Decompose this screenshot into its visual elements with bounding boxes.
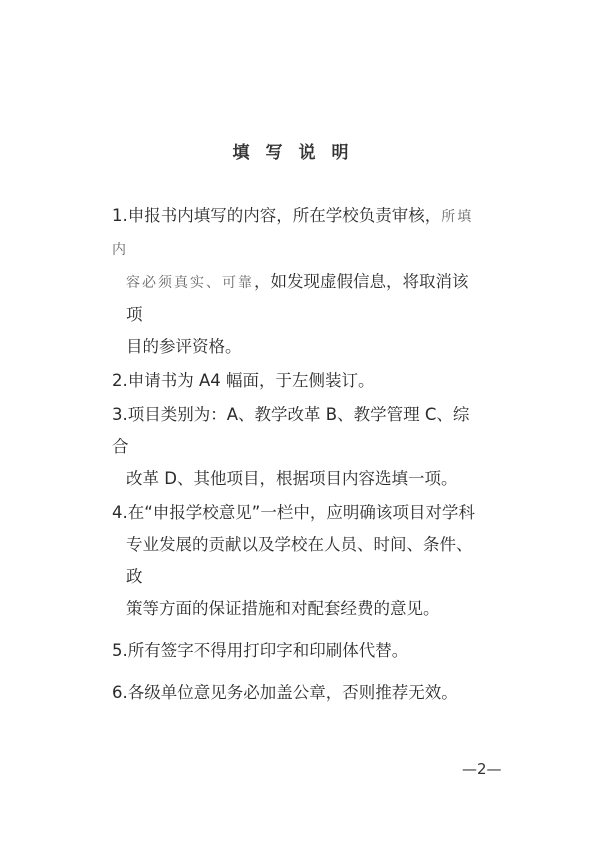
item-text: 申请书为 A4 幅面，于左侧装订。 xyxy=(128,371,375,390)
item-text-continuation: 改革 D、其他项目，根据项目内容选填一项。 xyxy=(112,463,484,495)
item-text: 所有签字不得用打印字和印刷体代替。 xyxy=(128,641,409,660)
instruction-item-2: 2.申请书为 A4 幅面，于左侧装订。 xyxy=(112,365,484,397)
item-text-continuation: 专业发展的贡献以及学校在人员、时间、条件、政 xyxy=(112,529,484,593)
item-text: 各级单位意见务必加盖公章，否则推荐无效。 xyxy=(128,683,458,702)
instruction-item-6: 6.各级单位意见务必加盖公章，否则推荐无效。 xyxy=(112,677,484,709)
item-text-serif: 容必须真实、可靠 xyxy=(126,275,254,291)
instruction-item-5: 5.所有签字不得用打印字和印刷体代替。 xyxy=(112,635,484,667)
item-number: 5. xyxy=(112,641,128,660)
document-title: 填写说明 xyxy=(0,138,589,163)
item-text: 申报书内填写的内容，所在学校负责审核， xyxy=(128,206,442,225)
instructions-list: 1.申报书内填写的内容，所在学校负责审核，所填内 容必须真实、可靠，如发现虚假信… xyxy=(112,200,484,709)
item-text: 在“申报学校意见”一栏中，应明确该项目对学科 xyxy=(128,503,475,522)
instruction-item-4: 4.在“申报学校意见”一栏中，应明确该项目对学科 专业发展的贡献以及学校在人员、… xyxy=(112,497,484,625)
item-text-continuation: 策等方面的保证措施和对配套经费的意见。 xyxy=(112,593,484,625)
page-number: —2— xyxy=(462,760,502,778)
item-number: 2. xyxy=(112,371,128,390)
item-text-continuation: 目的参评资格。 xyxy=(112,331,484,363)
item-number: 4. xyxy=(112,503,128,522)
item-text-continuation: 容必须真实、可靠，如发现虚假信息，将取消该项 xyxy=(112,266,484,331)
instruction-item-3: 3.项目类别为：A、教学改革 B、教学管理 C、综合 改革 D、其他项目，根据项… xyxy=(112,399,484,495)
item-number: 1. xyxy=(112,206,128,225)
instruction-item-1: 1.申报书内填写的内容，所在学校负责审核，所填内 容必须真实、可靠，如发现虚假信… xyxy=(112,200,484,363)
item-text: 项目类别为：A、教学改革 B、教学管理 C、综合 xyxy=(112,405,469,456)
item-number: 6. xyxy=(112,683,128,702)
item-number: 3. xyxy=(112,405,128,424)
